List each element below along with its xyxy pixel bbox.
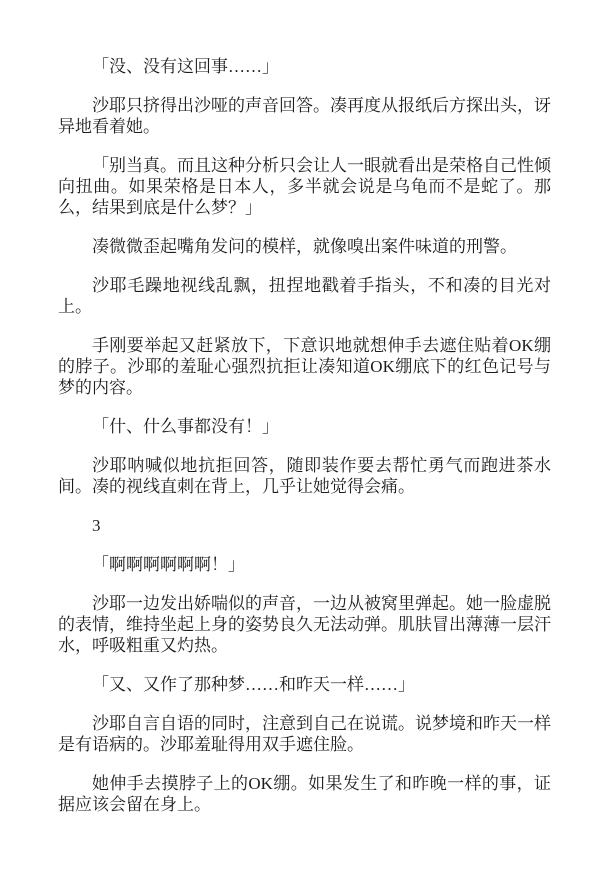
dialogue-paragraph: 「什、什么事都没有！」 — [58, 416, 551, 437]
narration-paragraph: 凑微微歪起嘴角发问的模样，就像嗅出案件味道的刑警。 — [58, 236, 551, 257]
narration-paragraph: 沙耶毛躁地视线乱飘，扭捏地戳着手指头，不和凑的目光对上。 — [58, 275, 551, 317]
section-number: 3 — [58, 515, 551, 536]
narration-paragraph: 沙耶一边发出娇喘似的声音，一边从被窝里弹起。她一脸虚脱的表情，维持坐起上身的姿势… — [58, 593, 551, 656]
narration-paragraph: 沙耶呐喊似地抗拒回答，随即装作要去帮忙勇气而跑进茶水间。凑的视线直刺在背上，几乎… — [58, 455, 551, 497]
narration-paragraph: 沙耶自言自语的同时，注意到自己在说谎。说梦境和昨天一样是有语病的。沙耶羞耻得用双… — [58, 713, 551, 755]
page-body: 「没、没有这回事……」 沙耶只挤得出沙哑的声音回答。凑再度从报纸后方探出头，讶异… — [58, 56, 551, 815]
dialogue-paragraph: 「又、又作了那种梦……和昨天一样……」 — [58, 674, 551, 695]
dialogue-paragraph: 「没、没有这回事……」 — [58, 56, 551, 77]
narration-paragraph: 手刚要举起又赶紧放下，下意识地就想伸手去遮住贴着OK绷的脖子。沙耶的羞耻心强烈抗… — [58, 335, 551, 398]
dialogue-paragraph: 「啊啊啊啊啊啊！」 — [58, 554, 551, 575]
narration-paragraph: 她伸手去摸脖子上的OK绷。如果发生了和昨晚一样的事，证据应该会留在身上。 — [58, 773, 551, 815]
dialogue-paragraph: 「别当真。而且这种分析只会让人一眼就看出是荣格自己性倾向扭曲。如果荣格是日本人，… — [58, 155, 551, 218]
narration-paragraph: 沙耶只挤得出沙哑的声音回答。凑再度从报纸后方探出头，讶异地看着她。 — [58, 95, 551, 137]
book-page: 「没、没有这回事……」 沙耶只挤得出沙哑的声音回答。凑再度从报纸后方探出头，讶异… — [0, 0, 613, 869]
